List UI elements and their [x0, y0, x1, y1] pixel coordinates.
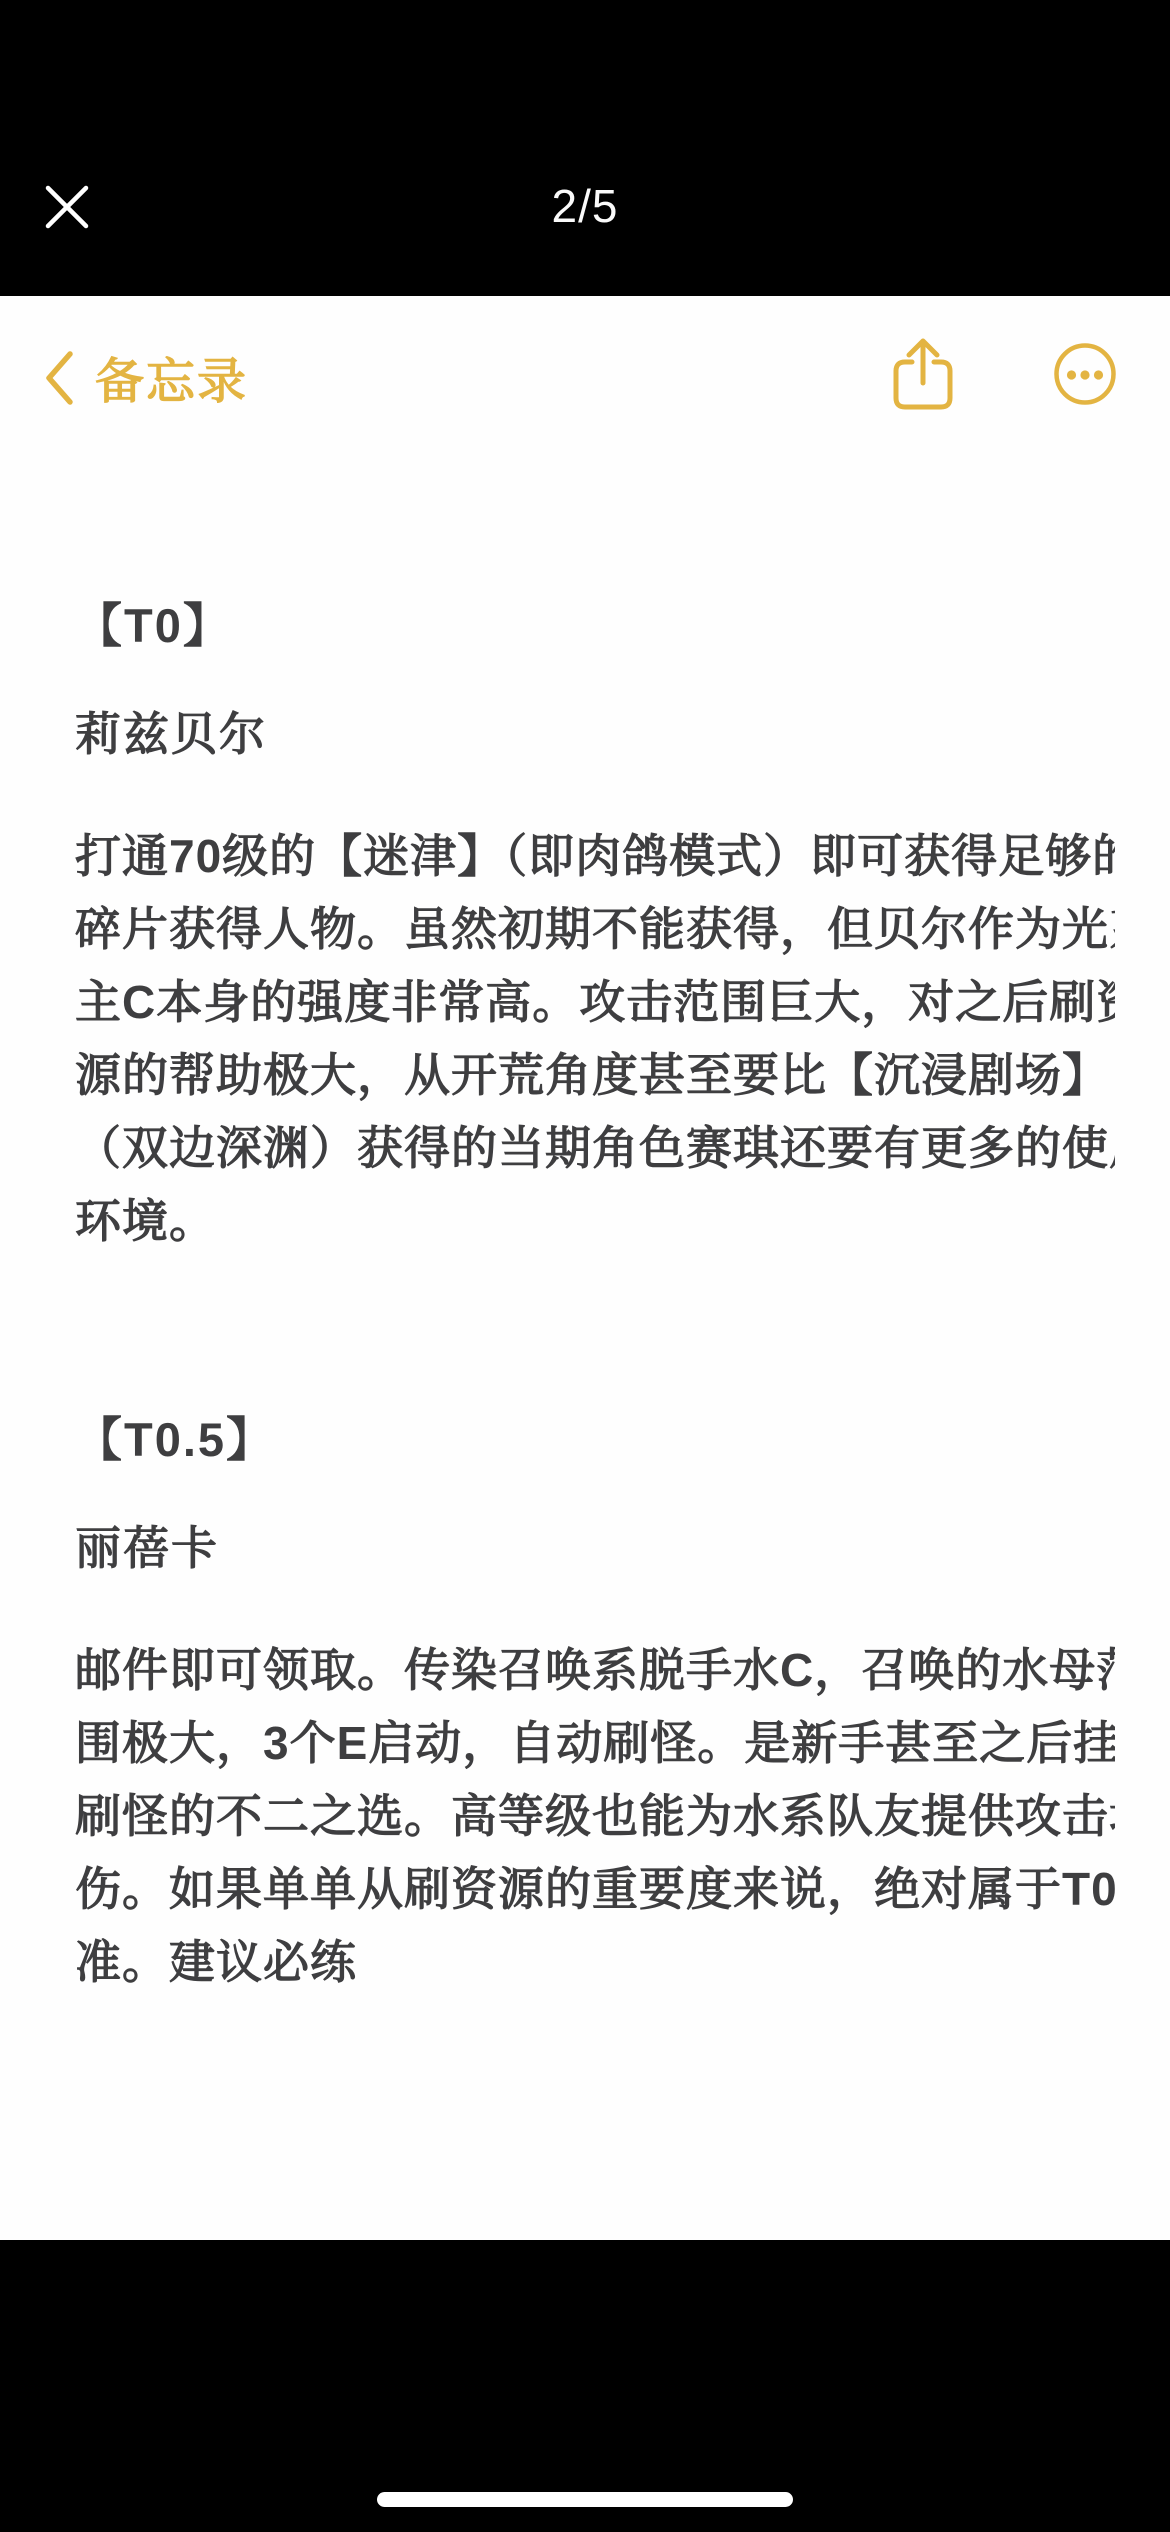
paragraph-line: 伤。如果单单从刷资源的重要度来说，绝对属于T0水 [75, 1853, 1115, 1926]
character-name-t0-5: 丽蓓卡 [75, 1518, 1115, 1578]
share-icon[interactable] [891, 335, 955, 413]
navbar-actions [891, 335, 1117, 413]
paragraph-line: （双边深渊）获得的当期角色赛琪还要有更多的使用 [75, 1112, 1115, 1185]
back-label: 备忘录 [95, 343, 248, 413]
paragraph-t0-5: 邮件即可领取。传染召唤系脱手水C，召唤的水母范 围极大，3个E启动，自动刷怪。是… [75, 1634, 1115, 1999]
back-button[interactable]: 备忘录 [43, 343, 248, 413]
chevron-left-icon [43, 349, 75, 407]
paragraph-line: 刷怪的不二之选。高等级也能为水系队友提供攻击增 [75, 1780, 1115, 1853]
tier-heading-t0: 【T0】 [75, 596, 1115, 656]
tier-heading-t0-5: 【T0.5】 [75, 1410, 1115, 1470]
paragraph-line: 邮件即可领取。传染召唤系脱手水C，召唤的水母范 [75, 1634, 1115, 1707]
paragraph-line: 主C本身的强度非常高。攻击范围巨大，对之后刷资 [75, 966, 1115, 1039]
paragraph-line: 准。建议必练 [75, 1926, 1115, 1999]
character-name-t0: 莉兹贝尔 [75, 704, 1115, 764]
notes-navbar: 备忘录 [0, 336, 1170, 412]
image-viewer-bottom-bar [0, 2240, 1170, 2532]
ellipsis-circle-icon[interactable] [1053, 342, 1117, 406]
phone-screen: 2/5 备忘录 [0, 0, 1170, 2532]
paragraph-line: 围极大，3个E启动，自动刷怪。是新手甚至之后挂机 [75, 1707, 1115, 1780]
home-indicator[interactable] [377, 2492, 793, 2507]
notes-app-screenshot: 备忘录 【T0】 莉兹贝尔 打通70级的【 [0, 296, 1170, 2240]
page-indicator: 2/5 [0, 179, 1170, 233]
paragraph-line: 打通70级的【迷津】（即肉鸽模式）即可获得足够的 [75, 820, 1115, 893]
note-content[interactable]: 【T0】 莉兹贝尔 打通70级的【迷津】（即肉鸽模式）即可获得足够的 碎片获得人… [75, 596, 1115, 1999]
paragraph-t0: 打通70级的【迷津】（即肉鸽模式）即可获得足够的 碎片获得人物。虽然初期不能获得… [75, 820, 1115, 1258]
paragraph-line: 源的帮助极大，从开荒角度甚至要比【沉浸剧场】 [75, 1039, 1115, 1112]
paragraph-line: 碎片获得人物。虽然初期不能获得，但贝尔作为光系 [75, 893, 1115, 966]
image-viewer-top-bar: 2/5 [0, 0, 1170, 296]
paragraph-line: 环境。 [75, 1185, 1115, 1258]
